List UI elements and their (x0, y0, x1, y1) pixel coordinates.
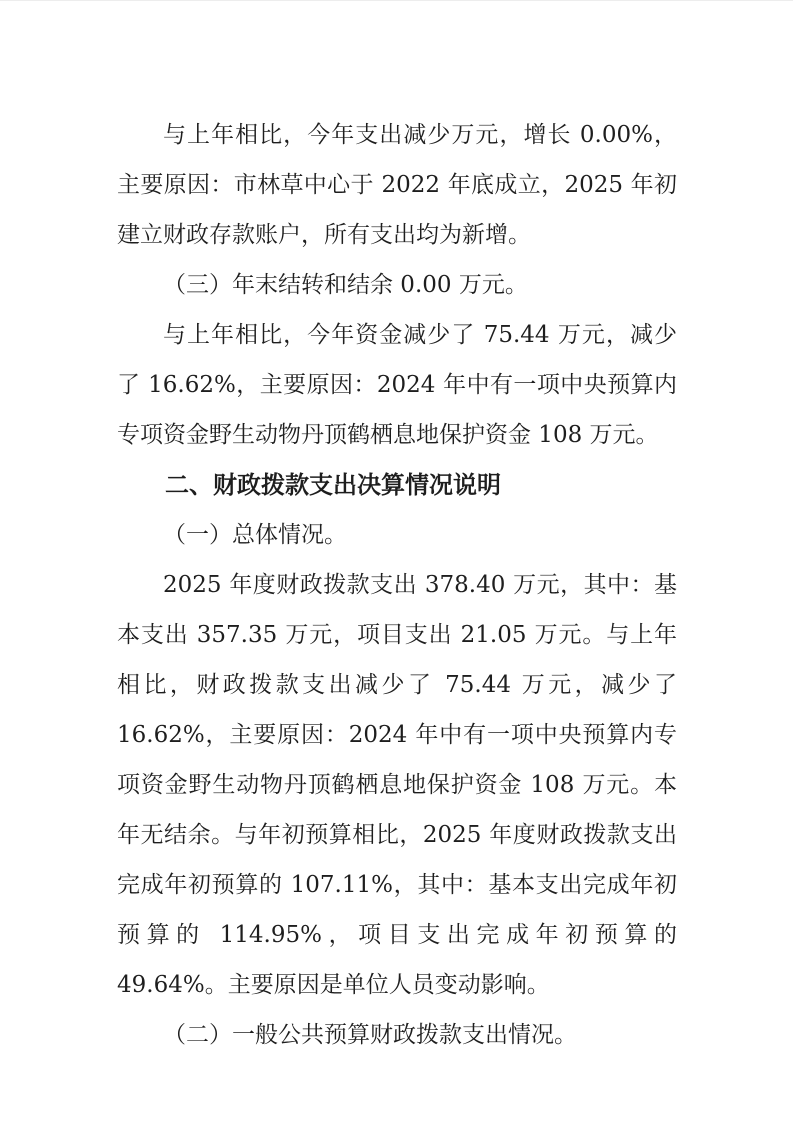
sub-section-heading: （三）年末结转和结余 0.00 万元。 (117, 260, 677, 310)
body-paragraph: 2025 年度财政拨款支出 378.40 万元，其中：基本支出 357.35 万… (117, 560, 677, 1010)
body-paragraph: 与上年相比，今年资金减少了 75.44 万元，减少了 16.62%，主要原因：2… (117, 310, 677, 460)
sub-section-heading: （二）一般公共预算财政拨款支出情况。 (117, 1010, 677, 1060)
sub-section-heading: （一）总体情况。 (117, 510, 677, 560)
document-page: 与上年相比，今年支出减少万元，增长 0.00%，主要原因：市林草中心于 2022… (0, 0, 793, 1122)
body-paragraph: 与上年相比，今年支出减少万元，增长 0.00%，主要原因：市林草中心于 2022… (117, 110, 677, 260)
document-body: 与上年相比，今年支出减少万元，增长 0.00%，主要原因：市林草中心于 2022… (117, 110, 677, 1060)
section-heading: 二、财政拨款支出决算情况说明 (117, 460, 677, 510)
